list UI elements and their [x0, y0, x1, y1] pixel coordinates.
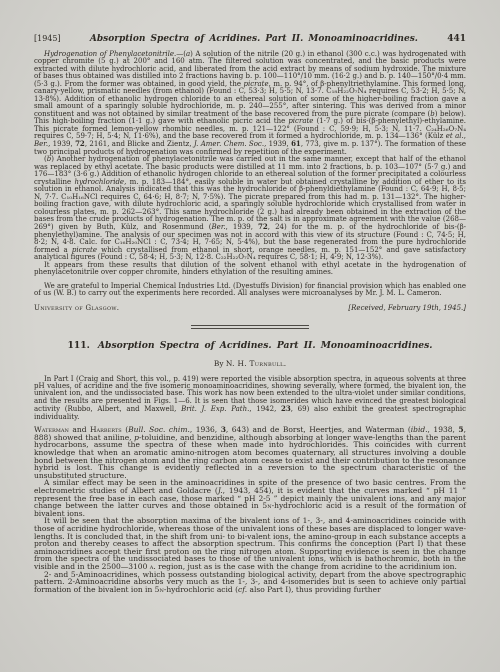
- section-divider-rule: [191, 325, 309, 329]
- paragraph-conclusion: It appears from these results that dilut…: [34, 262, 466, 277]
- article-title-text: Absorption Spectra of Acridines. Part II…: [98, 340, 433, 351]
- byline-suffix: .: [284, 359, 286, 368]
- byline: By N. H. Turnbull.: [34, 359, 466, 368]
- experimental-section: Hydrogenation of Phenylacetonitrile.—(a)…: [34, 51, 466, 298]
- paragraph-waterman: Waterman and Harberts (Bull. Soc. chim.,…: [34, 426, 466, 479]
- paragraph-hydrogenation-a: Hydrogenation of Phenylacetonitrile.—(a)…: [34, 51, 466, 156]
- received-date: [Received, February 19th, 1945.]: [348, 304, 466, 312]
- header-running-title: Absorption Spectra of Acridines. Part II…: [90, 34, 418, 44]
- header-year: [1945]: [34, 34, 61, 43]
- article-number: 111.: [68, 340, 90, 351]
- paragraph-aminoacridines: 2- and 5-Aminoacridines, which possess o…: [34, 571, 466, 594]
- journal-page: [1945] Absorption Spectra of Acridines. …: [0, 0, 500, 672]
- author-name: N. H. Turnbull: [226, 359, 284, 368]
- paragraph-similar-effect: A similar effect may be seen in the amin…: [34, 479, 466, 517]
- running-header: [1945] Absorption Spectra of Acridines. …: [34, 34, 466, 44]
- article-body: Waterman and Harberts (Bull. Soc. chim.,…: [34, 426, 466, 593]
- byline-prefix: By: [214, 359, 226, 368]
- paragraph-summary: In Part I (Craig and Short, this vol., p…: [34, 376, 466, 422]
- article-summary: In Part I (Craig and Short, this vol., p…: [34, 376, 466, 422]
- header-page-number: 441: [447, 34, 466, 44]
- paragraph-acknowledgment: We are grateful to Imperial Chemical Ind…: [34, 283, 466, 298]
- paragraph-absorption-maxima: It will be seen that the absorption maxi…: [34, 517, 466, 570]
- signoff-row: University of Glasgow. [Received, Februa…: [34, 304, 466, 312]
- paragraph-hydrogenation-b: (b) Another hydrogenation of phenylaceto…: [34, 156, 466, 261]
- article-title: 111.Absorption Spectra of Acridines. Par…: [34, 340, 466, 351]
- affiliation: University of Glasgow.: [34, 304, 119, 312]
